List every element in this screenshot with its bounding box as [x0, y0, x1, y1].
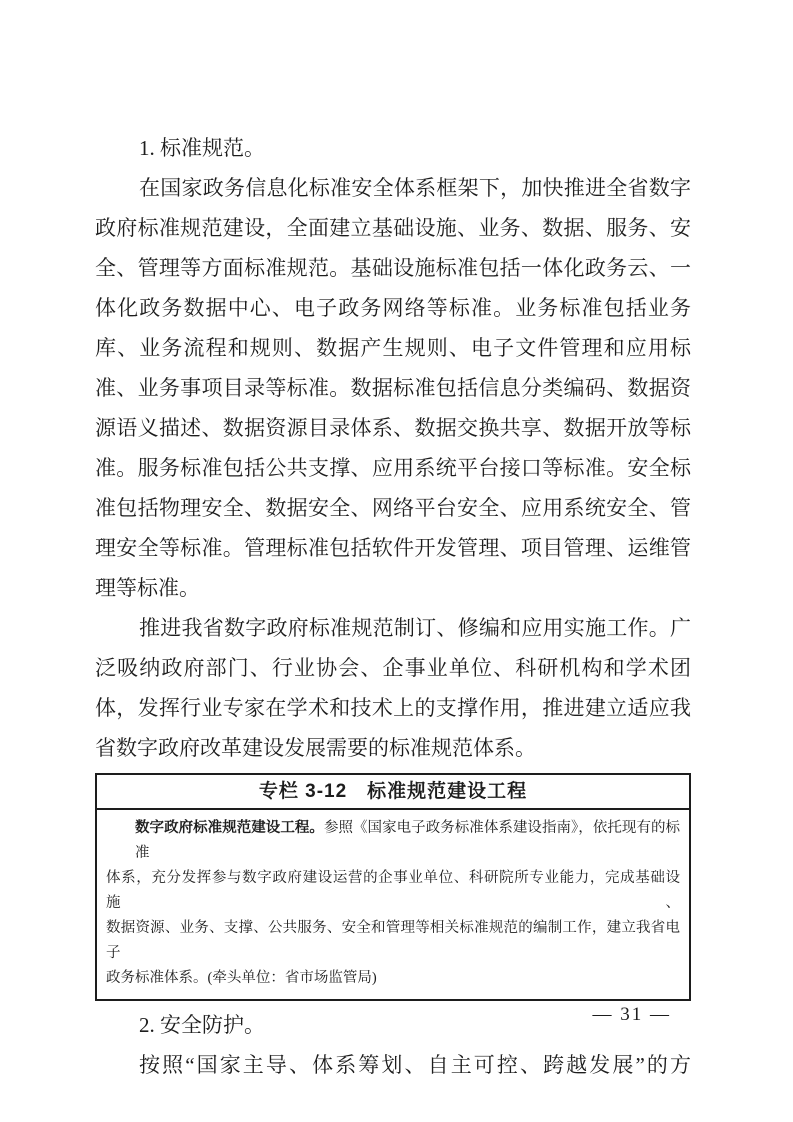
- body-line: 理安全等标准。管理标准包括软件开发管理、项目管理、运维管: [95, 528, 691, 568]
- callout-box-title: 专栏 3-12 标准规范建设工程: [97, 775, 689, 810]
- body-line: 泛吸纳政府部门、行业协会、企事业单位、科研机构和学术团: [95, 648, 691, 688]
- body-line: 体化政务数据中心、电子政务网络等标准。业务标准包括业务: [95, 288, 691, 328]
- section1-heading: 1. 标准规范。: [95, 128, 691, 168]
- body-line: 库、业务流程和规则、数据产生规则、电子文件管理和应用标: [95, 328, 691, 368]
- section1-paragraph-2: 推进我省数字政府标准规范制订、修编和应用实施工作。广 泛吸纳政府部门、行业协会、…: [95, 608, 691, 768]
- box-body-line: 数据资源、业务、支撑、公共服务、安全和管理等相关标准规范的编制工作，建立我省电子: [106, 916, 680, 966]
- body-line: 准。服务标准包括公共支撑、应用系统平台接口等标准。安全标: [95, 448, 691, 488]
- callout-box-body: 数字政府标准规范建设工程。参照《国家电子政务标准体系建设指南》，依托现有的标准 …: [97, 810, 689, 999]
- body-line: 政府标准规范建设，全面建立基础设施、业务、数据、服务、安: [95, 208, 691, 248]
- body-line: 全、管理等方面标准规范。基础设施标准包括一体化政务云、一: [95, 248, 691, 288]
- box-body-line: 数字政府标准规范建设工程。参照《国家电子政务标准体系建设指南》，依托现有的标准: [106, 816, 680, 866]
- box-body-line: 体系，充分发挥参与数字政府建设运营的企事业单位、科研院所专业能力，完成基础设施、: [106, 866, 680, 916]
- callout-box-3-12: 专栏 3-12 标准规范建设工程 数字政府标准规范建设工程。参照《国家电子政务标…: [95, 773, 691, 1001]
- box-body-line: 政务标准体系。(牵头单位：省市场监管局): [106, 966, 680, 991]
- body-line: 理等标准。: [95, 568, 691, 608]
- body-line: 体，发挥行业专家在学术和技术上的支撑作用，推进建立适应我: [95, 688, 691, 728]
- body-line: 在国家政务信息化标准安全体系框架下，加快推进全省数字: [95, 168, 691, 208]
- page-number: — 31 —: [0, 1004, 671, 1026]
- page-content: 1. 标准规范。 在国家政务信息化标准安全体系框架下，加快推进全省数字 政府标准…: [95, 128, 691, 1085]
- body-line: 准包括物理安全、数据安全、网络平台安全、应用系统安全、管: [95, 488, 691, 528]
- section1-paragraph-1: 在国家政务信息化标准安全体系框架下，加快推进全省数字 政府标准规范建设，全面建立…: [95, 168, 691, 608]
- body-line: 源语义描述、数据资源目录体系、数据交换共享、数据开放等标: [95, 408, 691, 448]
- section2-paragraph-1: 按照“国家主导、体系筹划、自主可控、跨越发展”的方: [95, 1045, 691, 1085]
- box-lead-bold-text: 数字政府标准规范建设工程。: [135, 820, 324, 836]
- body-line: 省数字政府改革建设发展需要的标准规范体系。: [95, 728, 691, 768]
- body-line: 推进我省数字政府标准规范制订、修编和应用实施工作。广: [95, 608, 691, 648]
- body-line: 准、业务事项目录等标准。数据标准包括信息分类编码、数据资: [95, 368, 691, 408]
- body-line: 按照“国家主导、体系筹划、自主可控、跨越发展”的方: [95, 1045, 691, 1085]
- document-page: 1. 标准规范。 在国家政务信息化标准安全体系框架下，加快推进全省数字 政府标准…: [0, 0, 793, 1122]
